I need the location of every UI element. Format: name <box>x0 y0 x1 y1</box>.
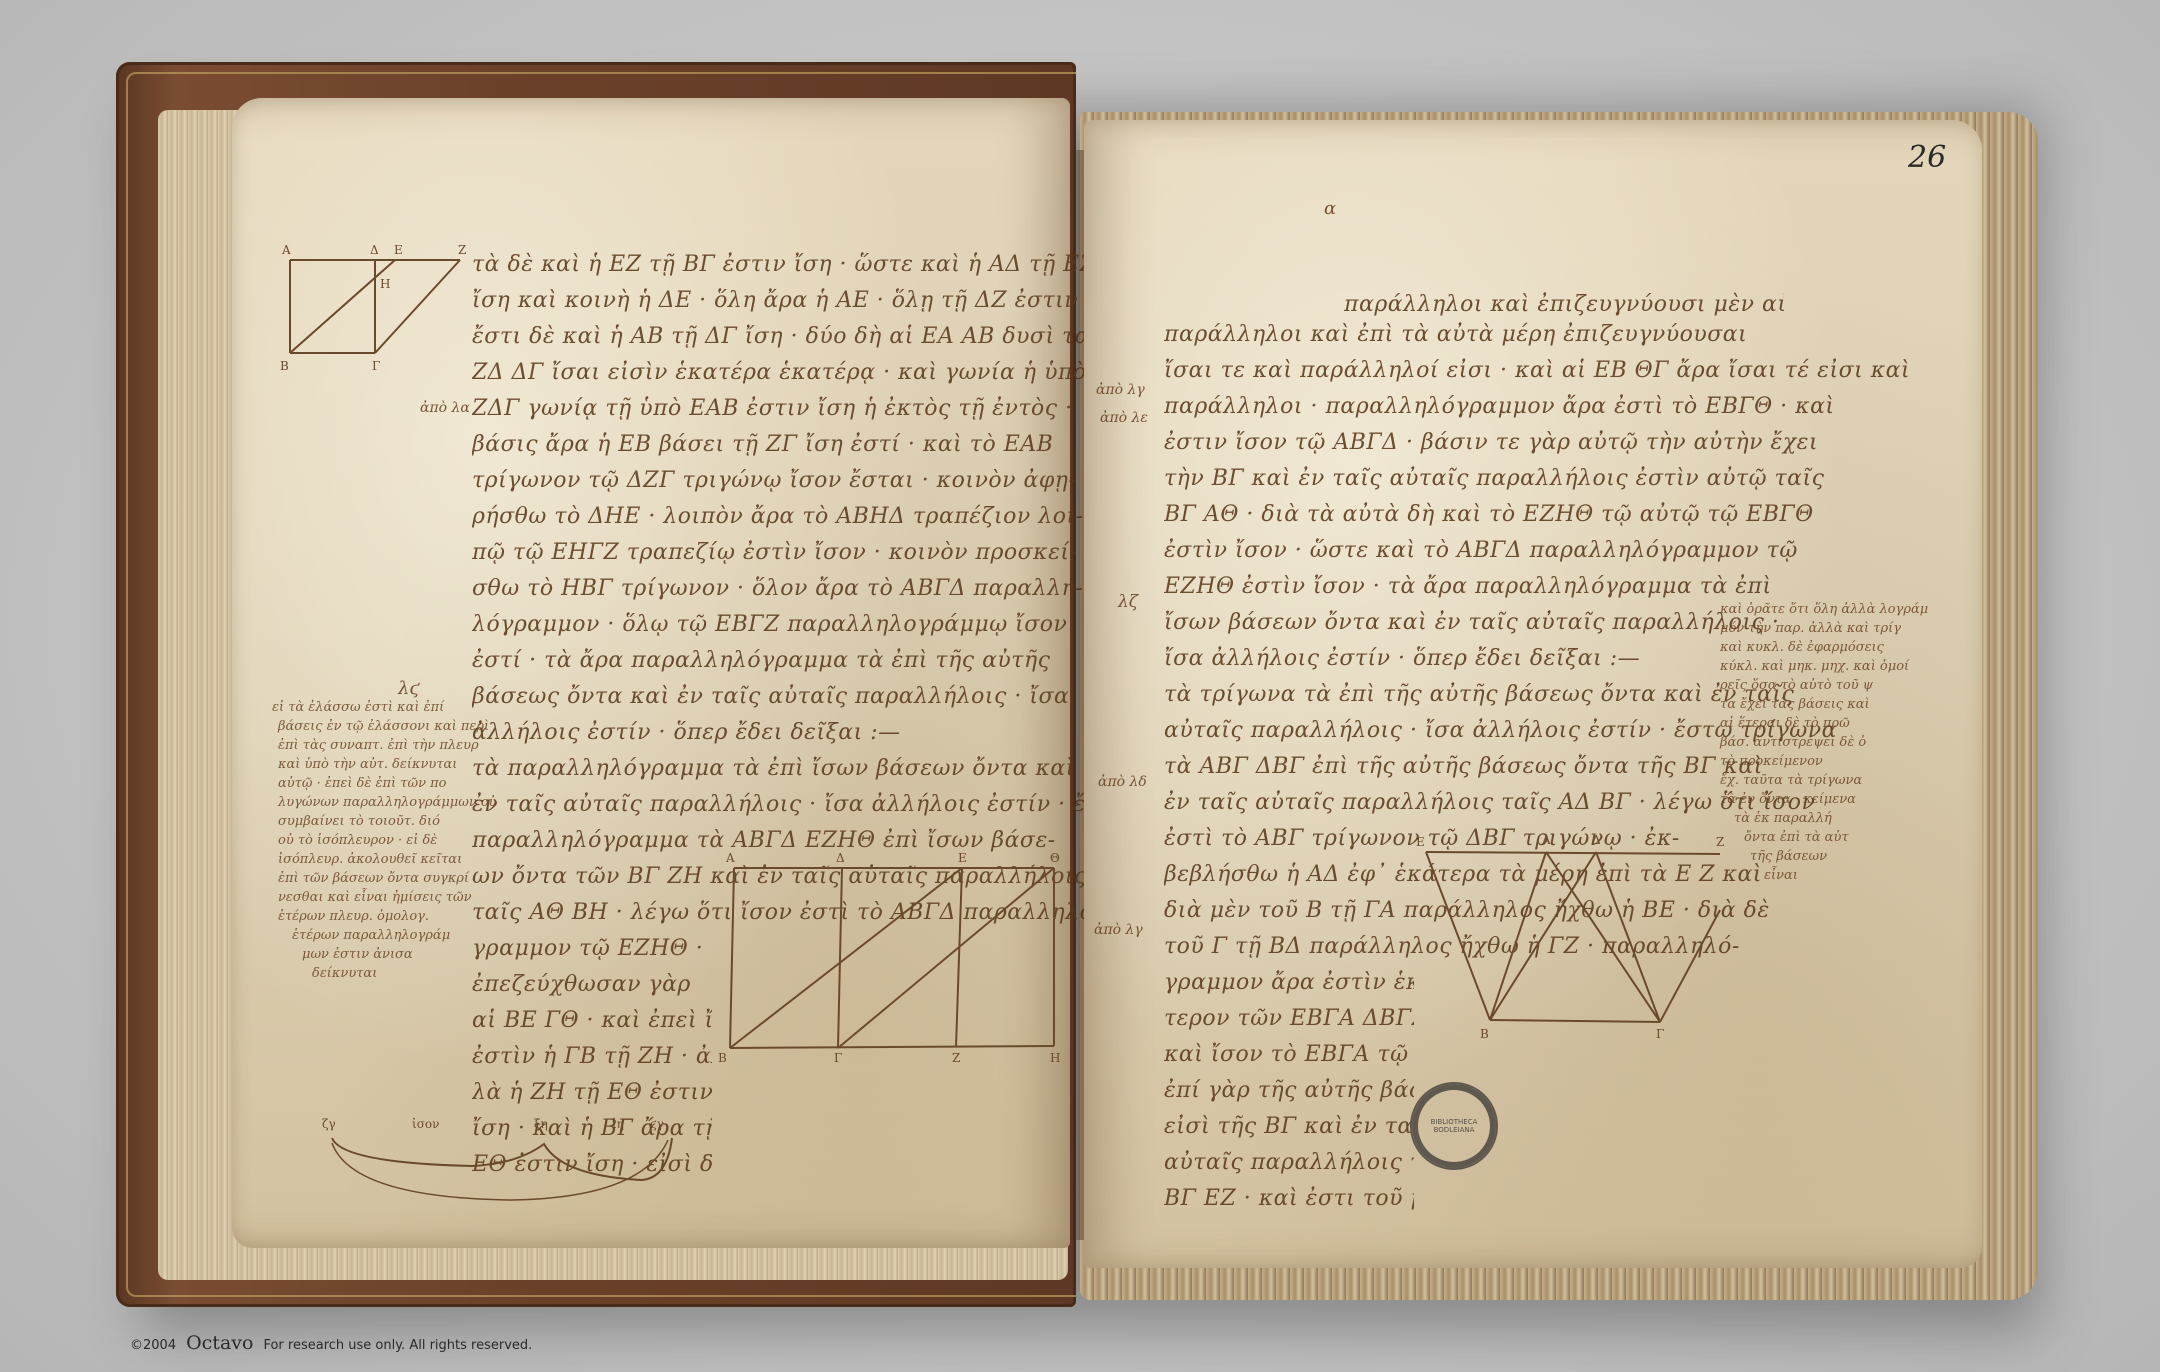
text-line: εἰσὶ τῆς ΒΓ καὶ ἐν ταῖς <box>1164 1110 1414 1144</box>
scholion-line: καὶ ὑπὸ τὴν αὐτ. δείκνυται <box>278 755 457 774</box>
scholion-line: βάσεις ἐν τῷ ἐλάσσονι καὶ περὶ <box>278 717 489 736</box>
text-line: ΖΔΓ γωνίᾳ τῇ ὑπὸ ΕΑΒ ἐστιν ἴση ἡ ἐκτὸς τ… <box>472 392 1073 426</box>
svg-text:ζγ: ζγ <box>322 1117 336 1131</box>
svg-text:Ε: Ε <box>394 243 403 257</box>
svg-text:ξη: ξη <box>534 1117 548 1131</box>
svg-text:Β: Β <box>280 359 289 373</box>
bodleian-library-stamp: BIBLIOTHECA BODLEIANA <box>1410 1082 1498 1170</box>
text-line: ἐπεζεύχθωσαν γὰρ <box>472 968 712 1002</box>
text-line: αὐταῖς παραλλήλοις ταῖς <box>1164 1146 1414 1180</box>
scholion-line: εἰ τὰ ἐλάσσω ἐστὶ καὶ ἐπί <box>272 698 444 717</box>
text-line: τὰ παραλληλόγραμμα τὰ ἐπὶ ἴσων βάσεων ὄν… <box>472 752 1075 786</box>
scholion-line: ἔχ. ταῦτα τὰ τρίγωνα <box>1720 771 1862 790</box>
text-line: αἱ ΒΕ ΓΘ · καὶ ἐπεὶ ἴση <box>472 1004 712 1038</box>
svg-text:Δ: Δ <box>836 851 845 865</box>
scholion-line: ἐπὶ τὰς συναπτ. ἐπὶ τὴν πλευρ <box>278 736 479 755</box>
scholion-line: λυγώνων παραλληλογράμμων οὐ <box>278 793 497 812</box>
svg-text:Ζ: Ζ <box>458 243 466 257</box>
bottom-brace-annotation: ζγ ἰσον ξη ἰη ϛγ <box>312 1098 692 1208</box>
text-line: ΒΓ ΑΘ · διὰ τὰ αὐτὰ δὴ καὶ τὸ ΕΖΗΘ τῷ αὐ… <box>1164 498 1814 532</box>
text-line: ἴσαι τε καὶ παράλληλοί εἰσι · καὶ αἱ ΕΒ … <box>1164 354 1910 388</box>
svg-text:Γ: Γ <box>834 1051 842 1065</box>
svg-text:Ζ: Ζ <box>952 1051 960 1065</box>
svg-text:Β: Β <box>718 1051 727 1065</box>
text-line: τρίγωνον τῷ ΔΖΓ τριγώνῳ ἴσον ἔσται · κοι… <box>472 464 1076 498</box>
text-line: ἐν ταῖς αὐταῖς παραλλήλοις · ἴσα ἀλλήλοι… <box>472 788 1132 822</box>
svg-text:Η: Η <box>380 277 390 291</box>
scholion-line: τῆς βάσεων <box>1750 847 1827 866</box>
scholion-line: οὐ τὸ ἰσόπλευρον · εἰ δὲ <box>278 831 437 850</box>
scholion-line: αὐτῷ · ἐπεὶ δὲ ἐπὶ τῶν πο <box>278 774 446 793</box>
svg-text:Δ: Δ <box>370 243 379 257</box>
text-line: τὰ δὲ καὶ ἡ ΕΖ τῇ ΒΓ ἐστιν ἴση · ὥστε κα… <box>472 248 1167 282</box>
right-page: α ἀπὸ λγ ἀπὸ λε λζ ἀπὸ λδ ἀπὸ λγ παράλλη… <box>1084 120 1982 1268</box>
text-line: λόγραμμον · ὅλῳ τῷ ΕΒΓΖ παραλληλογράμμῳ … <box>472 608 1067 642</box>
scholion-line: αἱ ἕτεραι δὲ τὸ πρῶ <box>1720 714 1850 733</box>
svg-text:Α: Α <box>725 851 735 865</box>
diagram-parallelograms-equal-bases: Α Δ Ε Θ Β Γ Ζ Η <box>724 858 1064 1058</box>
text-line: γραμμον ἄρα ἐστὶν ἑκά- <box>1164 966 1414 1000</box>
margin-label: ἀπὸ λγ <box>1096 382 1145 398</box>
text-line: ἐν ταῖς αὐταῖς παραλλήλοις ταῖς ΑΔ ΒΓ · … <box>1164 786 1815 820</box>
scholion-line: τὰ ἐν ὄντα · κείμενα <box>1720 790 1856 809</box>
svg-text:ϛγ: ϛγ <box>650 1117 664 1131</box>
diagram-parallelograms-same-base: Α Δ Ε Ζ Η Β Γ <box>280 248 480 368</box>
svg-text:Η: Η <box>1050 1051 1060 1065</box>
text-line: ἐστὶν ἡ ΓΒ τῇ ΖΗ · ἀλ- <box>472 1040 712 1074</box>
stamp-text: BIBLIOTHECA BODLEIANA <box>1412 1118 1496 1134</box>
scholion-line: ἑτέρων πλευρ. ὁμολογ. <box>278 907 429 926</box>
diagram-triangles-between-parallels: Ε Α Δ Ζ Β Γ <box>1420 840 1720 1030</box>
svg-text:Α: Α <box>1541 833 1551 847</box>
scholion-line: ὄντα ἐπὶ τὰ αὐτ <box>1744 828 1849 847</box>
footer-credit: ©2004 Octavo For research use only. All … <box>130 1332 532 1354</box>
text-line: ἐπί γὰρ τῆς αὐτῆς βάσεως <box>1164 1074 1414 1108</box>
svg-text:Ε: Ε <box>958 851 967 865</box>
text-line: βάσεως ὄντα καὶ ἐν ταῖς αὐταῖς παραλλήλο… <box>472 680 1069 714</box>
scholion-line: δείκνυται <box>312 964 377 983</box>
svg-text:Γ: Γ <box>1656 1027 1664 1041</box>
left-page: Α Δ Ε Ζ Η Β Γ ἀπὸ λα λϛ τὰ δὲ καὶ ἡ ΕΖ τ… <box>232 98 1070 1248</box>
svg-text:Α: Α <box>281 243 291 257</box>
text-line: παραλληλόγραμμα τὰ ΑΒΓΔ ΕΖΗΘ ἐπὶ ἴσων βά… <box>472 824 1056 858</box>
scholion-line: ἐπὶ τῶν βάσεων ὄντα συγκρί <box>278 869 469 888</box>
scholion-line: καὶ κυκλ. δὲ ἐφαρμόσεις <box>1720 638 1884 657</box>
text-line: ρήσθω τὸ ΔΗΕ · λοιπὸν ἄρα τὸ ΑΒΗΔ τραπέζ… <box>472 500 1084 534</box>
scholion-line: μων ἐστιν ἀνισα <box>302 945 413 964</box>
svg-text:Γ: Γ <box>372 359 380 373</box>
proposition-number: λϛ <box>398 678 420 699</box>
text-line: ἐστί · τὰ ἄρα παραλληλόγραμμα τὰ ἐπὶ τῆς… <box>472 644 1050 678</box>
header-mark: α <box>1324 198 1336 219</box>
rights-notice: For research use only. All rights reserv… <box>263 1338 532 1353</box>
text-line: ἴσα ἀλλήλοις ἐστίν · ὅπερ ἔδει δεῖξαι :— <box>1164 642 1640 676</box>
text-line: ΒΓ ΕΖ · καὶ ἐστι τοῦ μὲν ΕΒΓΑ <box>1164 1182 1414 1216</box>
text-line: ἴσων βάσεων ὄντα καὶ ἐν ταῖς αὐταῖς παρα… <box>1164 606 1779 640</box>
text-line: ἐστιν ἴσον τῷ ΑΒΓΔ · βάσιν τε γὰρ αὐτῷ τ… <box>1164 426 1818 460</box>
text-line: πῷ τῷ ΕΗΓΖ τραπεζίῳ ἐστὶν ἴσον · κοινὸν … <box>472 536 1077 570</box>
scholion-line: νεσθαι καὶ εἶναι ἡμίσεις τῶν <box>278 888 472 907</box>
text-line: καὶ ἴσον τὸ ΕΒΓΑ τῷ ΔΒΓΖ <box>1164 1038 1414 1072</box>
text-line: ἔστι δὲ καὶ ἡ ΑΒ τῇ ΔΓ ἴση · δύο δὴ αἱ Ε… <box>472 320 1112 354</box>
scholion-line: τὰ ἐκ παραλλή <box>1734 809 1832 828</box>
svg-text:Θ: Θ <box>1050 851 1060 865</box>
proposition-number: λζ <box>1118 592 1138 612</box>
margin-label: ἀπὸ λα <box>420 400 470 416</box>
text-line: τὰ ΑΒΓ ΔΒΓ ἐπὶ τῆς αὐτῆς βάσεως ὄντα τῆς… <box>1164 750 1763 784</box>
svg-text:Ε: Ε <box>1416 835 1425 849</box>
text-line: παράλληλοι · παραλληλόγραμμον ἄρα ἐστὶ τ… <box>1164 390 1835 424</box>
copyright-year: ©2004 <box>130 1338 176 1353</box>
text-line: βάσις ἄρα ἡ ΕΒ βάσει τῇ ΖΓ ἴση ἐστί · κα… <box>472 428 1053 462</box>
svg-text:ἰσον: ἰσον <box>412 1116 439 1131</box>
scholion-line: ἑτέρων παραλληλογράμ <box>292 926 450 945</box>
scholion-line: τὸ προκείμενον <box>1720 752 1823 771</box>
text-line: τὴν ΒΓ καὶ ἐν ταῖς αὐταῖς παραλλήλοις ἐσ… <box>1164 462 1824 496</box>
text-line: παράλληλοι καὶ ἐπιζευγνύουσι μὲν αὐτὰς α… <box>1344 288 1784 322</box>
scholion-line: συμβαίνει τὸ τοιοῦτ. διό <box>278 812 440 831</box>
scholion-line: κύκλ. καὶ μηκ. μηχ. καὶ ὁμοί <box>1720 657 1909 676</box>
svg-text:ἰη: ἰη <box>612 1116 624 1131</box>
text-line: σθω τὸ ΗΒΓ τρίγωνον · ὅλον ἄρα τὸ ΑΒΓΔ π… <box>472 572 1083 606</box>
text-line: ΖΔ ΔΓ ἴσαι εἰσὶν ἑκατέρα ἑκατέρᾳ · καὶ γ… <box>472 356 1087 390</box>
folio-number: 26 <box>1908 140 1946 175</box>
svg-text:Β: Β <box>1480 1027 1489 1041</box>
text-line: γραμμον τῷ ΕΖΗΘ · <box>472 932 712 966</box>
svg-text:Δ: Δ <box>1592 833 1601 847</box>
scholion-line: ρεῖς ὅσα τὸ αὐτὸ τοῦ ψ <box>1720 676 1873 695</box>
scholion-line: ἰσόπλευρ. ἀκολουθεῖ κεῖται <box>278 850 462 869</box>
text-line: τὰ τρίγωνα τὰ ἐπὶ τῆς αὐτῆς βάσεως ὄντα … <box>1164 678 1794 712</box>
margin-label: ἀπὸ λδ <box>1098 774 1147 790</box>
brand-name: Octavo <box>186 1332 253 1354</box>
text-line: παράλληλοι καὶ ἐπὶ τὰ αὐτὰ μέρη ἐπιζευγν… <box>1164 318 1747 352</box>
text-line: τερον τῶν ΕΒΓΑ ΔΒΓΖ <box>1164 1002 1414 1036</box>
text-line: ἀλλήλοις ἐστίν · ὅπερ ἔδει δεῖξαι :— <box>472 716 901 750</box>
scholion-line: εἶναι <box>1764 866 1798 885</box>
scholion-line: τα ἔχει τὰς βάσεις καὶ <box>1720 695 1870 714</box>
margin-label: ἀπὸ λε <box>1100 410 1148 426</box>
svg-text:Ζ: Ζ <box>1716 835 1724 849</box>
text-line: ἐστὶν ἴσον · ὥστε καὶ τὸ ΑΒΓΔ παραλληλόγ… <box>1164 534 1798 568</box>
text-line: ΕΖΗΘ ἐστὶν ἴσον · τὰ ἄρα παραλληλόγραμμα… <box>1164 570 1772 604</box>
scholion-line: καὶ ὁρᾶτε ὅτι ὅλη ἀλλὰ λογράμ <box>1720 600 1928 619</box>
scholion-line: μόν τὴν παρ. ἀλλὰ καὶ τρίγ <box>1720 619 1901 638</box>
scholion-line: βάσ. ἀντιστρέψει δὲ ὁ <box>1720 733 1866 752</box>
text-line: ἴση καὶ κοινὴ ἡ ΔΕ · ὅλη ἄρα ἡ ΑΕ · ὅλῃ … <box>472 284 1139 318</box>
margin-label: ἀπὸ λγ <box>1094 922 1143 938</box>
